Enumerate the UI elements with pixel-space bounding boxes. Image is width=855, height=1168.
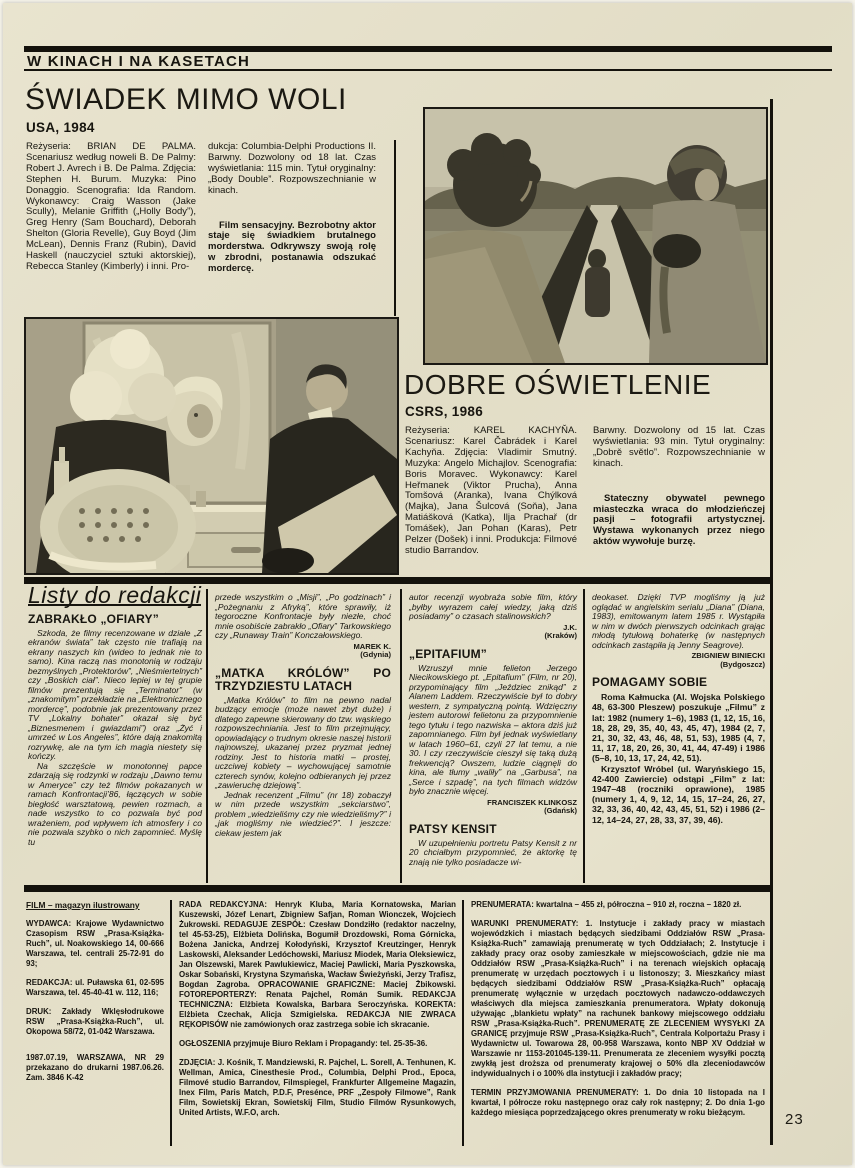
letter2-title: „MATKA KRÓLÓW” PO TRZYDZIESTU LATACH: [215, 667, 391, 693]
imprint-print-house: DRUK: Zakłady Wklęsłodrukowe RSW „Prasa-…: [26, 1007, 164, 1037]
article1-column-1: Reżyseria: BRIAN DE PALMA. Scenariusz we…: [26, 142, 196, 273]
letter4-paragraph: W uzupełnieniu portretu Patsy Kensit z n…: [409, 839, 577, 868]
section-kicker: W KINACH I NA KASETACH: [27, 53, 250, 70]
letter1-signature: MAREK K. (Gdynia): [215, 643, 391, 660]
letter3-title: „EPITAFIUM”: [409, 648, 577, 661]
letters-column-divider-3: [583, 589, 585, 883]
imprint-divider-1: [170, 900, 172, 1146]
signature-city: (Gdańsk): [544, 806, 577, 815]
article1-column-2: dukcja: Columbia-Delphi Productions II. …: [208, 142, 376, 275]
article1-title: ŚWIADEK MIMO WOLI: [25, 83, 347, 117]
imprint-editorial-address: REDAKCJA: ul. Puławska 61, 02-595 Warsza…: [26, 978, 164, 998]
letters-column-divider-2: [400, 589, 402, 883]
article2-column-2: Barwny. Dozwolony od 15 lat. Czas wyświe…: [593, 426, 765, 548]
bridge-photo-illustration: [425, 109, 766, 363]
imprint-subscription-terms: WARUNKI PRENUMERATY: 1. Instytucje i zak…: [471, 919, 765, 1079]
letter2-paragraph: „Matka Królów” to film na pewno nadal bu…: [215, 696, 391, 791]
article2-column-1: Reżyseria: KAREL KACHYŇA. Scenariusz: Ka…: [405, 426, 577, 557]
article2-origin: CSRS, 1986: [405, 404, 483, 419]
letter2-paragraph-cont: autor recenzji wyobraża sobie film, któr…: [409, 593, 577, 622]
imprint-editorial-board: RADA REDAKCYJNA: Henryk Kluba, Maria Kor…: [179, 900, 456, 1030]
header-top-rule: [24, 46, 832, 52]
imprint-publisher: WYDAWCA: Krajowe Wydawnictwo Czasopism R…: [26, 919, 164, 969]
photo-dressing-room-scene: [24, 317, 399, 575]
letters-column-2: przede wszystkim o „Misji”, „Po godzinac…: [215, 593, 391, 838]
article1-synopsis: Film sensacyjny. Bezrobotny aktor staje …: [208, 221, 376, 276]
letter4-signature: ZBIGNIEW BINIECKI (Bydgoszcz): [592, 652, 765, 669]
letters-bottom-bar: [24, 885, 770, 892]
letters-column-divider-1: [206, 589, 208, 883]
magazine-scan: { "header": { "section_title": "W KINACH…: [0, 0, 855, 1168]
imprint-subscription-deadlines: TERMIN PRZYJMOWANIA PRENUMERATY: 1. Do d…: [471, 1088, 765, 1118]
letter1-paragraph: Na szczęście w monotonnej papce zdarzają…: [28, 762, 202, 848]
imprint-ads: OGŁOSZENIA przyjmuje Biuro Reklam i Prop…: [179, 1039, 456, 1049]
magazine-page: W KINACH I NA KASETACH ŚWIADEK MIMO WOLI…: [3, 3, 852, 1165]
article2-title: DOBRE OŚWIETLENIE: [404, 369, 711, 401]
imprint-subscription-prices: PRENUMERATA: kwartalna – 455 zł, półrocz…: [471, 900, 765, 910]
article1-credits-cont: dukcja: Columbia-Delphi Productions II. …: [208, 142, 376, 197]
article2-credits: Reżyseria: KAREL KACHYŇA. Scenariusz: Ka…: [405, 426, 577, 557]
letters-heading: Listy do redakcji: [28, 591, 201, 606]
letter2-paragraph: Jednak recenzent „Filmu” (nr 18) zobaczy…: [215, 791, 391, 839]
signature-city: (Gdynia): [360, 650, 391, 659]
right-margin-rule: [770, 99, 773, 1145]
letter1-paragraph-cont: przede wszystkim o „Misji”, „Po godzinac…: [215, 593, 391, 641]
photo-bridge-scene: [423, 107, 768, 365]
letters-column-1: Listy do redakcji ZABRAKŁO „OFIARY” Szko…: [28, 591, 202, 847]
letter3-signature: FRANCISZEK KLINKOSZ (Gdańsk): [409, 799, 577, 816]
masthead: FILM – magazyn ilustrowany: [26, 900, 164, 910]
dressing-room-photo-illustration: [26, 319, 397, 573]
imprint-column-1: FILM – magazyn ilustrowany WYDAWCA: Kraj…: [26, 900, 164, 1092]
article1-photo-divider-rule: [394, 140, 396, 316]
article1-credits: Reżyseria: BRIAN DE PALMA. Scenariusz we…: [26, 142, 196, 273]
imprint-photo-credits: ZDJĘCIA: J. Kośnik, T. Mandziewski, R. P…: [179, 1058, 456, 1118]
help-entry: Roma Kałmucka (Al. Wojska Polskiego 48, …: [592, 692, 765, 763]
letter1-title: ZABRAKŁO „OFIARY”: [28, 613, 202, 626]
letter2-signature: J.K. (Kraków): [409, 624, 577, 641]
article2-credits-cont: Barwny. Dozwolony od 15 lat. Czas wyświe…: [593, 426, 765, 470]
imprint-issue-info: 1987.07.19, WARSZAWA, NR 29 przekazano d…: [26, 1053, 164, 1083]
help-entry: Krzysztof Wróbel (ul. Waryńskiego 15, 42…: [592, 764, 765, 825]
article2-synopsis: Stateczny obywatel pewnego miasteczka wr…: [593, 494, 765, 549]
article1-origin: USA, 1984: [26, 120, 95, 135]
signature-city: (Bydgoszcz): [720, 660, 765, 669]
imprint-divider-2: [462, 900, 464, 1146]
letter3-paragraph: Wzruszył mnie felieton Jerzego Niecikows…: [409, 664, 577, 797]
header-bottom-rule: [24, 69, 832, 71]
letter4-title: PATSY KENSIT: [409, 823, 577, 836]
letter1-paragraph: Szkoda, że filmy recenzowane w dziale „Z…: [28, 629, 202, 762]
letters-column-4: deokaset. Dzięki TVP mogliśmy ją już ogl…: [592, 593, 765, 825]
signature-city: (Kraków): [545, 631, 578, 640]
imprint-column-2: RADA REDAKCYJNA: Henryk Kluba, Maria Kor…: [179, 900, 456, 1127]
letter4-paragraph-cont: deokaset. Dzięki TVP mogliśmy ją już ogl…: [592, 593, 765, 650]
page-number: 23: [785, 1111, 804, 1128]
letters-column-3: autor recenzji wyobraża sobie film, któr…: [409, 593, 577, 867]
help-section-title: POMAGAMY SOBIE: [592, 676, 765, 689]
imprint-column-3: PRENUMERATA: kwartalna – 455 zł, półrocz…: [471, 900, 765, 1127]
